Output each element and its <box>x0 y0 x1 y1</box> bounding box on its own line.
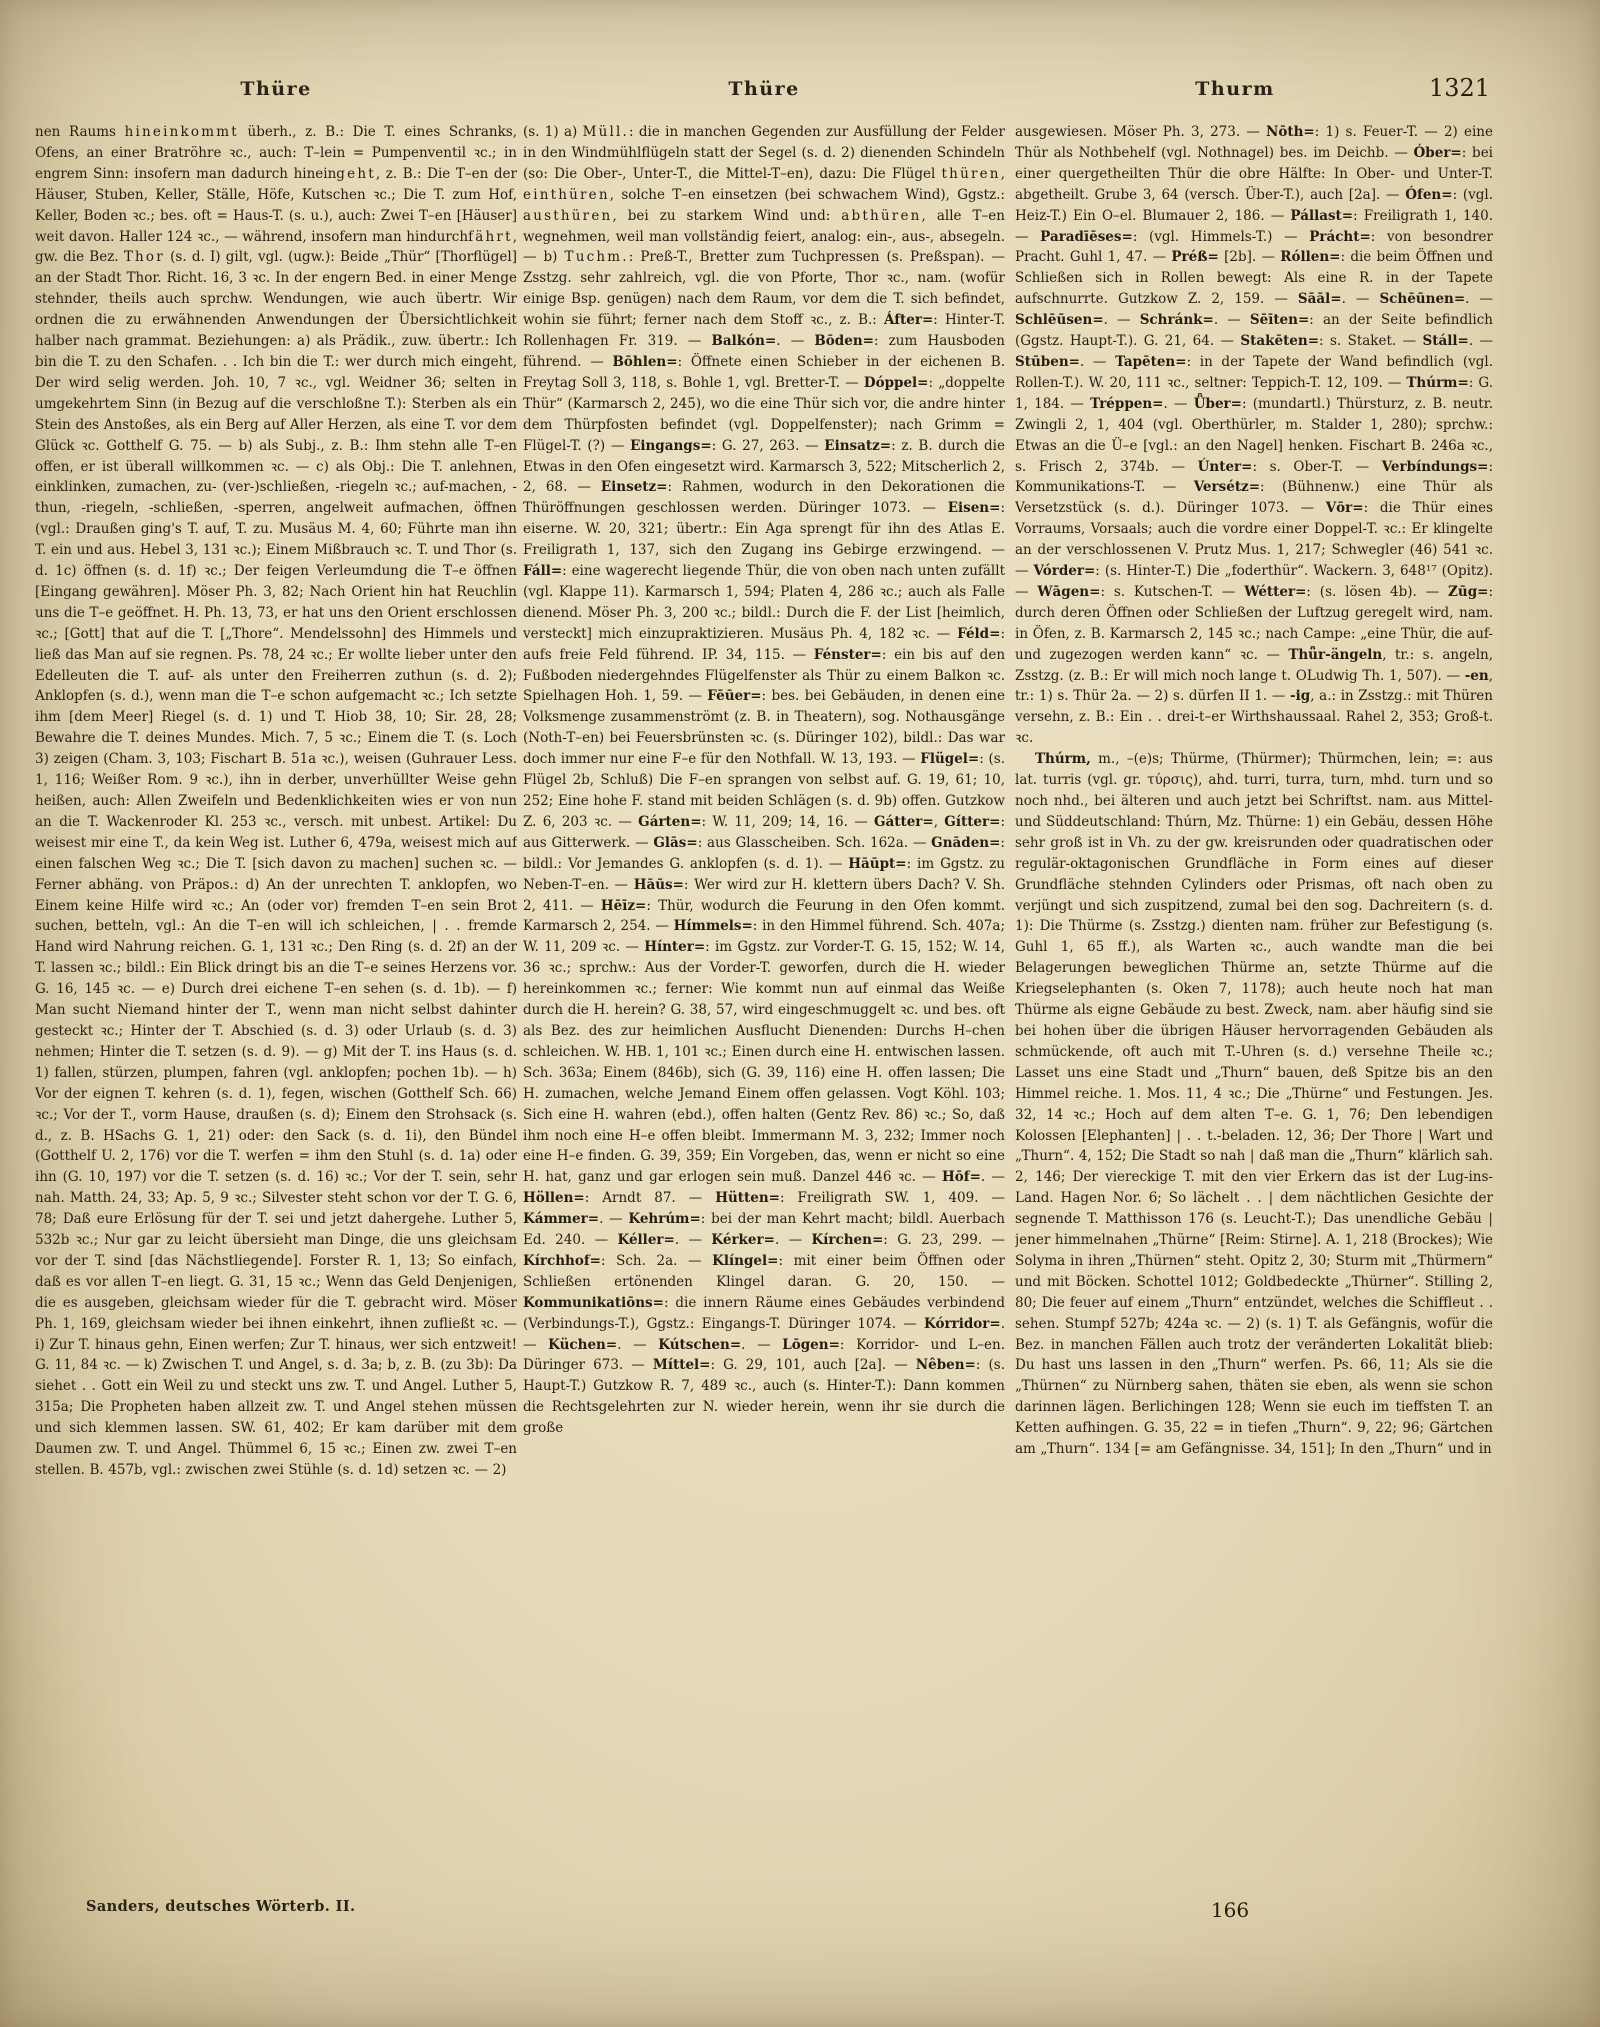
headword: Höllen= <box>523 1190 585 1206</box>
headword: Wétter= <box>1244 584 1306 600</box>
headword: Thúrm= <box>1406 375 1468 391</box>
headword: Fēūer= <box>707 688 761 704</box>
headword: Lōgen= <box>782 1337 840 1353</box>
headword: Gárten= <box>638 814 701 830</box>
text-column-middle: (s. 1) a) Müll.: die in manchen Gegenden… <box>523 122 1005 1917</box>
headword: Hínter= <box>644 939 705 955</box>
headword: Vórder= <box>1033 563 1095 579</box>
headword: Tréppen= <box>1090 396 1163 412</box>
headword: Ǖber= <box>1194 396 1242 412</box>
headword: Prácht= <box>1309 229 1371 245</box>
headword: Flügel= <box>920 751 979 767</box>
headword: Dóppel= <box>864 375 929 391</box>
sheet-number: 166 <box>1170 1898 1290 1922</box>
headword: Eisen= <box>948 500 1001 516</box>
headword: Glās= <box>653 835 697 851</box>
headword: Hōf= <box>942 1169 981 1185</box>
page-number: 1321 <box>1370 74 1490 102</box>
headword: Gítter= <box>944 814 1000 830</box>
spaced-text: Tuchm. <box>564 249 628 265</box>
headword: Zūg= <box>1448 584 1488 600</box>
headword: Bōden= <box>814 333 874 349</box>
headword: -en <box>1465 668 1489 684</box>
headword: Kírchen= <box>812 1232 884 1248</box>
headword: Thúrm, <box>1035 751 1091 767</box>
headword: Ófen= <box>1405 187 1452 203</box>
headword: Nōth= <box>1266 124 1315 140</box>
headword: Thǖr-ängeln <box>1288 647 1382 663</box>
volume-signature: Sanders, deutsches Wörterb. II. <box>86 1898 355 1915</box>
headword: Kírchhof= <box>523 1253 601 1269</box>
headword: Kámmer= <box>523 1211 599 1227</box>
headword: Hēīz= <box>601 898 646 914</box>
headword: Klíngel= <box>712 1253 778 1269</box>
headword: Gátter= <box>874 814 934 830</box>
headword: Vōr= <box>1326 500 1364 516</box>
headword: Wāgen= <box>1037 584 1100 600</box>
running-head-left: Thüre <box>35 78 517 104</box>
headword: Óber= <box>1414 145 1462 161</box>
paragraph: ausgewiesen. Möser Ph. 3, 273. — Nōth=: … <box>1015 122 1493 749</box>
headword: Stakēten= <box>1240 333 1319 349</box>
spaced-text: thüren <box>942 166 1001 182</box>
headword: Hütten= <box>715 1190 780 1206</box>
headword: Paradīēses= <box>1040 229 1133 245</box>
headword: Féld= <box>957 626 1000 642</box>
headword: Únter= <box>1198 459 1253 475</box>
headword: Sāāl= <box>1298 291 1342 307</box>
headword: Einsetz= <box>601 479 668 495</box>
headword: Schēūnen= <box>1379 291 1465 307</box>
spaced-text: abthüren <box>841 208 921 224</box>
headword: Stūben= <box>1015 354 1080 370</box>
headword: Fénster= <box>814 647 882 663</box>
spaced-text: geht <box>336 166 376 182</box>
headword: Tapēten= <box>1115 354 1186 370</box>
headword: Gnāden= <box>931 835 1000 851</box>
headword: Kútschen= <box>658 1337 741 1353</box>
headword: Eingangs= <box>630 438 712 454</box>
spaced-text: hineinkommt <box>125 124 239 140</box>
headword: Hímmels= <box>674 918 753 934</box>
headword: Balkón= <box>712 333 777 349</box>
headword: Fáll= <box>523 563 562 579</box>
headword: Verbíndungs= <box>1382 459 1489 475</box>
headword: Áfter= <box>884 312 933 328</box>
headword: Míttel= <box>653 1357 711 1373</box>
spaced-text: fährt <box>468 229 513 245</box>
running-head-middle: Thüre <box>523 78 1005 104</box>
headword: Stáll= <box>1423 333 1469 349</box>
headword: Versétz= <box>1194 479 1260 495</box>
dictionary-page: Thüre Thüre Thurm 1321 nen Raums hineink… <box>0 0 1600 2027</box>
headword: Sēīten= <box>1250 312 1309 328</box>
headword: Küchen= <box>548 1337 617 1353</box>
headword: Préß= <box>1171 249 1218 265</box>
headword: Einsatz= <box>824 438 891 454</box>
headword: Pállast= <box>1290 208 1353 224</box>
headword: Kommunikatiōns= <box>523 1295 664 1311</box>
spaced-text: Thor <box>124 249 165 265</box>
headword: -ig <box>1290 688 1310 704</box>
spaced-text: austhüren <box>523 208 612 224</box>
headword: Kérker= <box>711 1232 775 1248</box>
text-column-left: nen Raums hineinkommt überh., z. B.: Die… <box>35 122 517 1917</box>
text-column-right: ausgewiesen. Möser Ph. 3, 273. — Nōth=: … <box>1015 122 1493 1917</box>
headword: Róllen= <box>1280 249 1340 265</box>
spaced-text: einthüren <box>523 187 610 203</box>
paragraph: nen Raums hineinkommt überh., z. B.: Die… <box>35 122 517 1481</box>
headword: Bōhlen= <box>612 354 677 370</box>
headword: Nêben= <box>916 1357 976 1373</box>
headword: Kéller= <box>618 1232 675 1248</box>
headword: Schlēūsen= <box>1015 312 1104 328</box>
paragraph: (s. 1) a) Müll.: die in manchen Gegenden… <box>523 122 1005 1439</box>
headword: Hāūpt= <box>848 856 906 872</box>
headword: Kórridor= <box>924 1316 1001 1332</box>
spaced-text: Müll. <box>583 124 629 140</box>
headword: Kehrúm= <box>628 1211 700 1227</box>
headword: Schránk= <box>1140 312 1214 328</box>
headword: Hāūs= <box>634 877 684 893</box>
paragraph: Thúrm, m., –(e)s; Thürme, (Thürmer); Thü… <box>1015 749 1493 1460</box>
